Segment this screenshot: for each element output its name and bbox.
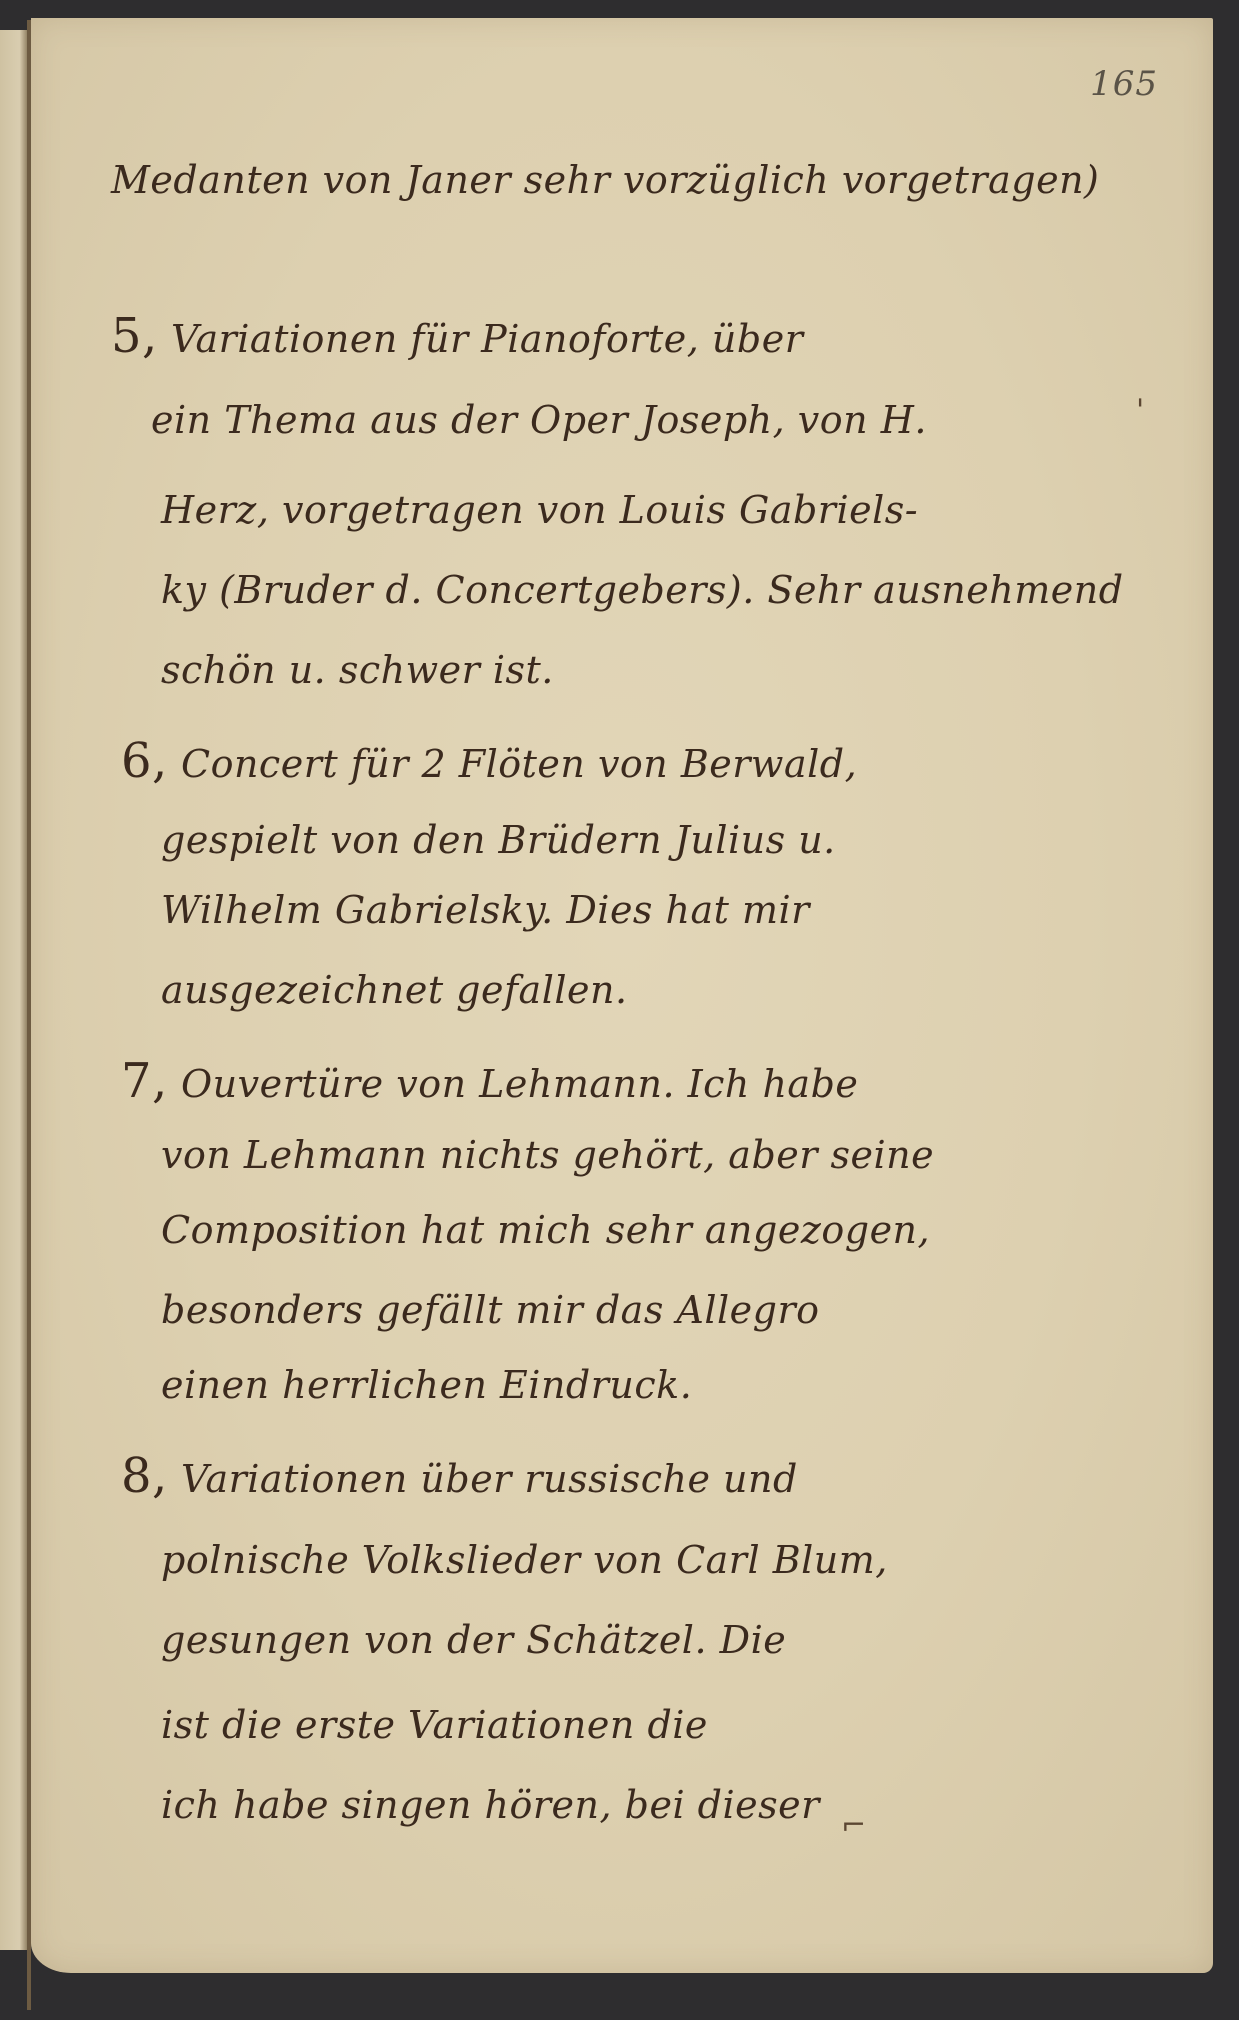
- entry-number: 6,: [121, 733, 181, 789]
- manuscript-line: 7,Ouvertüre von Lehmann. Ich habe: [121, 1053, 858, 1109]
- manuscript-line: schön u. schwer ist.: [161, 648, 554, 692]
- line-text: von Lehmann nichts gehört, aber seine: [161, 1133, 934, 1177]
- line-text: einen herrlichen Eindruck.: [161, 1363, 692, 1407]
- manuscript-line: 8,Variationen über russische und: [121, 1448, 798, 1504]
- line-text: ein Thema aus der Oper Joseph, von H.: [151, 398, 927, 442]
- manuscript-line: Wilhelm Gabrielsky. Dies hat mir: [161, 888, 810, 932]
- line-text: gespielt von den Brüdern Julius u.: [161, 818, 836, 862]
- manuscript-line: Herz, vorgetragen von Louis Gabriels-: [161, 488, 918, 532]
- manuscript-line: Composition hat mich sehr angezogen,: [161, 1208, 930, 1252]
- manuscript-line: gespielt von den Brüdern Julius u.: [161, 818, 836, 862]
- manuscript-line: 6,Concert für 2 Flöten von Berwald,: [121, 733, 857, 789]
- line-text: schön u. schwer ist.: [161, 648, 554, 692]
- manuscript-page: 165 Medanten von Janer sehr vorzüglich v…: [31, 18, 1213, 1973]
- manuscript-line: von Lehmann nichts gehört, aber seine: [161, 1133, 934, 1177]
- line-text: Herz, vorgetragen von Louis Gabriels-: [161, 488, 918, 532]
- entry-number: 7,: [121, 1053, 181, 1109]
- line-text: Variationen für Pianoforte, über: [171, 317, 803, 361]
- manuscript-line: 5,Variationen für Pianoforte, über: [111, 308, 803, 364]
- folio-number: 165: [1090, 64, 1158, 104]
- line-text: Variationen über russische und: [181, 1457, 798, 1501]
- line-text: ich habe singen hören, bei dieser: [161, 1783, 820, 1827]
- line-text: Ouvertüre von Lehmann. Ich habe: [181, 1062, 858, 1106]
- manuscript-line: besonders gefällt mir das Allegro: [161, 1288, 820, 1332]
- line-text: ausgezeichnet gefallen.: [161, 968, 628, 1012]
- manuscript-line: ky (Bruder d. Concertgebers). Sehr ausne…: [161, 568, 1124, 612]
- margin-tick-mark: ': [1136, 393, 1144, 428]
- facing-page-edge: [0, 30, 28, 1950]
- line-text: ist die erste Variationen die: [161, 1703, 708, 1747]
- entry-number: 8,: [121, 1448, 181, 1504]
- manuscript-line: einen herrlichen Eindruck.: [161, 1363, 692, 1407]
- entry-number: 5,: [111, 308, 171, 364]
- line-text: Medanten von Janer sehr vorzüglich vorge…: [111, 158, 1099, 202]
- line-text: polnische Volkslieder von Carl Blum,: [161, 1538, 888, 1582]
- line-text: Wilhelm Gabrielsky. Dies hat mir: [161, 888, 810, 932]
- manuscript-line: polnische Volkslieder von Carl Blum,: [161, 1538, 888, 1582]
- line-text: ky (Bruder d. Concertgebers). Sehr ausne…: [161, 568, 1124, 612]
- manuscript-line: ein Thema aus der Oper Joseph, von H.: [151, 398, 927, 442]
- line-text: besonders gefällt mir das Allegro: [161, 1288, 820, 1332]
- manuscript-line: ich habe singen hören, bei dieser: [161, 1783, 820, 1827]
- line-text: Concert für 2 Flöten von Berwald,: [181, 742, 857, 786]
- line-text: gesungen von der Schätzel. Die: [161, 1618, 786, 1662]
- manuscript-line: gesungen von der Schätzel. Die: [161, 1618, 786, 1662]
- manuscript-line: ausgezeichnet gefallen.: [161, 968, 628, 1012]
- manuscript-line: ist die erste Variationen die: [161, 1703, 708, 1747]
- catchword-mark: ⌐: [841, 1808, 866, 1843]
- manuscript-line: Medanten von Janer sehr vorzüglich vorge…: [111, 158, 1099, 202]
- line-text: Composition hat mich sehr angezogen,: [161, 1208, 930, 1252]
